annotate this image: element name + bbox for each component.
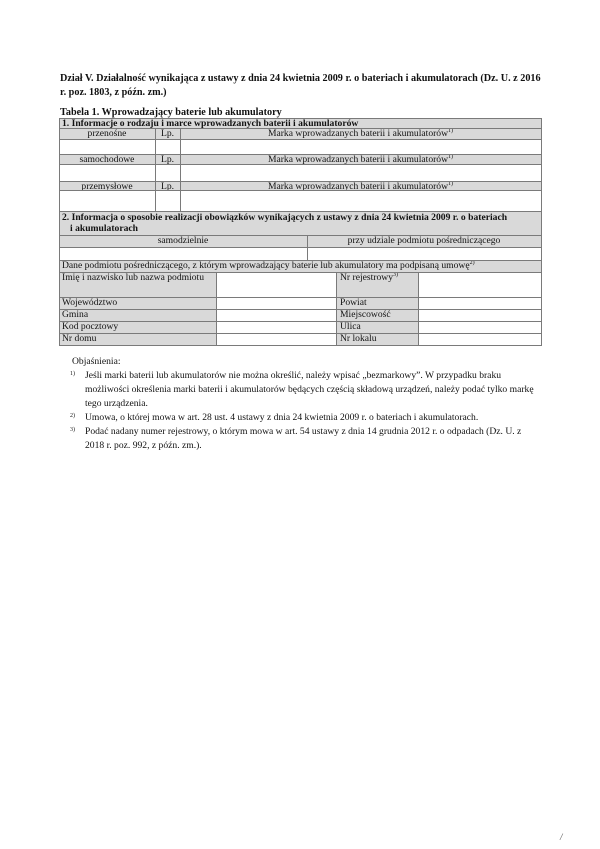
field-label-right: Powiat: [336, 297, 418, 309]
option-intermediary-label: przy udziale podmiotu pośredniczącego: [307, 235, 541, 247]
grid-line: [59, 118, 542, 119]
grid-line: [59, 345, 542, 346]
footnote-number: 2): [70, 409, 75, 423]
battery-type-input[interactable]: [59, 139, 155, 154]
option-intermediary-input[interactable]: [307, 247, 541, 260]
battery-type-label: przemysłowe: [59, 181, 155, 190]
grid-line: [59, 333, 542, 334]
brand-input[interactable]: [180, 164, 541, 181]
grid-line: [59, 321, 542, 322]
grid-line: [59, 118, 60, 346]
lp-input[interactable]: [155, 190, 180, 211]
grid-line: [180, 128, 181, 211]
field-input-right[interactable]: [418, 272, 541, 297]
lp-input[interactable]: [155, 164, 180, 181]
footnote-number: 3): [70, 423, 75, 437]
grid-line: [59, 260, 542, 261]
field-input-right[interactable]: [418, 309, 541, 321]
grid-line: [216, 272, 217, 345]
field-label-left: Nr domu: [59, 333, 216, 345]
grid-line: [59, 235, 542, 236]
grid-line: [155, 128, 156, 211]
brand-header: Marka wprowadzanych baterii i akumulator…: [180, 128, 541, 139]
field-input-right[interactable]: [418, 321, 541, 333]
field-input-right[interactable]: [418, 333, 541, 345]
field-label-right: Ulica: [336, 321, 418, 333]
footnote-text: Jeśli marki baterii lub akumulatorów nie…: [85, 370, 534, 409]
field-label-left: Kod pocztowy: [59, 321, 216, 333]
field-label-left: Gmina: [59, 309, 216, 321]
grid-line: [59, 181, 542, 182]
brand-input[interactable]: [180, 139, 541, 154]
page-number: /: [560, 832, 563, 842]
intermediary-header: Dane podmiotu pośredniczącego, z którym …: [59, 260, 541, 272]
grid-line: [59, 309, 542, 310]
grid-line: [59, 154, 542, 155]
lp-header: Lp.: [155, 181, 180, 190]
option-self-input[interactable]: [59, 247, 307, 260]
section2-header: 2. Informacja o sposobie realizacji obow…: [59, 211, 541, 235]
field-label-left: Województwo: [59, 297, 216, 309]
grid-line: [59, 211, 542, 212]
battery-type-label: przenośne: [59, 128, 155, 139]
lp-header: Lp.: [155, 128, 180, 139]
footnote-item: 1)Jeśli marki baterii lub akumulatorów n…: [72, 369, 542, 411]
footnote-number: 1): [70, 367, 75, 381]
field-input-right[interactable]: [418, 297, 541, 309]
grid-line: [59, 297, 542, 298]
grid-line: [541, 118, 542, 346]
battery-type-input[interactable]: [59, 190, 155, 211]
footnote-item: 2)Umowa, o której mowa w art. 28 ust. 4 …: [72, 411, 542, 425]
brand-input[interactable]: [180, 190, 541, 211]
field-input-left[interactable]: [216, 272, 336, 297]
field-input-left[interactable]: [216, 309, 336, 321]
field-label-right: Miejscowość: [336, 309, 418, 321]
grid-line: [59, 190, 542, 191]
explanations-title: Objaśnienia:: [72, 355, 542, 369]
lp-header: Lp.: [155, 154, 180, 164]
field-input-left[interactable]: [216, 333, 336, 345]
field-input-left[interactable]: [216, 297, 336, 309]
grid-line: [59, 164, 542, 165]
grid-line: [418, 272, 419, 345]
field-input-left[interactable]: [216, 321, 336, 333]
grid-line: [59, 139, 542, 140]
option-self-label: samodzielnie: [59, 235, 307, 247]
lp-input[interactable]: [155, 139, 180, 154]
explanations: Objaśnienia: 1)Jeśli marki baterii lub a…: [72, 355, 542, 453]
grid-line: [59, 272, 542, 273]
field-label-left: Imię i nazwisko lub nazwa podmiotu: [59, 272, 216, 297]
field-label-right: Nr rejestrowy3): [336, 272, 418, 297]
battery-type-label: samochodowe: [59, 154, 155, 164]
grid-line: [59, 128, 542, 129]
footnote-item: 3)Podać nadany numer rejestrowy, o który…: [72, 425, 542, 453]
battery-type-input[interactable]: [59, 164, 155, 181]
grid-line: [336, 272, 337, 345]
section1-header: 1. Informacje o rodzaju i marce wprowadz…: [59, 118, 541, 128]
grid-line: [307, 235, 308, 260]
brand-header: Marka wprowadzanych baterii i akumulator…: [180, 181, 541, 190]
brand-header: Marka wprowadzanych baterii i akumulator…: [180, 154, 541, 164]
section-heading: Dział V. Działalność wynikająca z ustawy…: [60, 72, 544, 100]
footnote-text: Umowa, o której mowa w art. 28 ust. 4 us…: [85, 412, 478, 423]
footnote-text: Podać nadany numer rejestrowy, o którym …: [85, 426, 521, 451]
field-label-right: Nr lokalu: [336, 333, 418, 345]
grid-line: [59, 247, 542, 248]
